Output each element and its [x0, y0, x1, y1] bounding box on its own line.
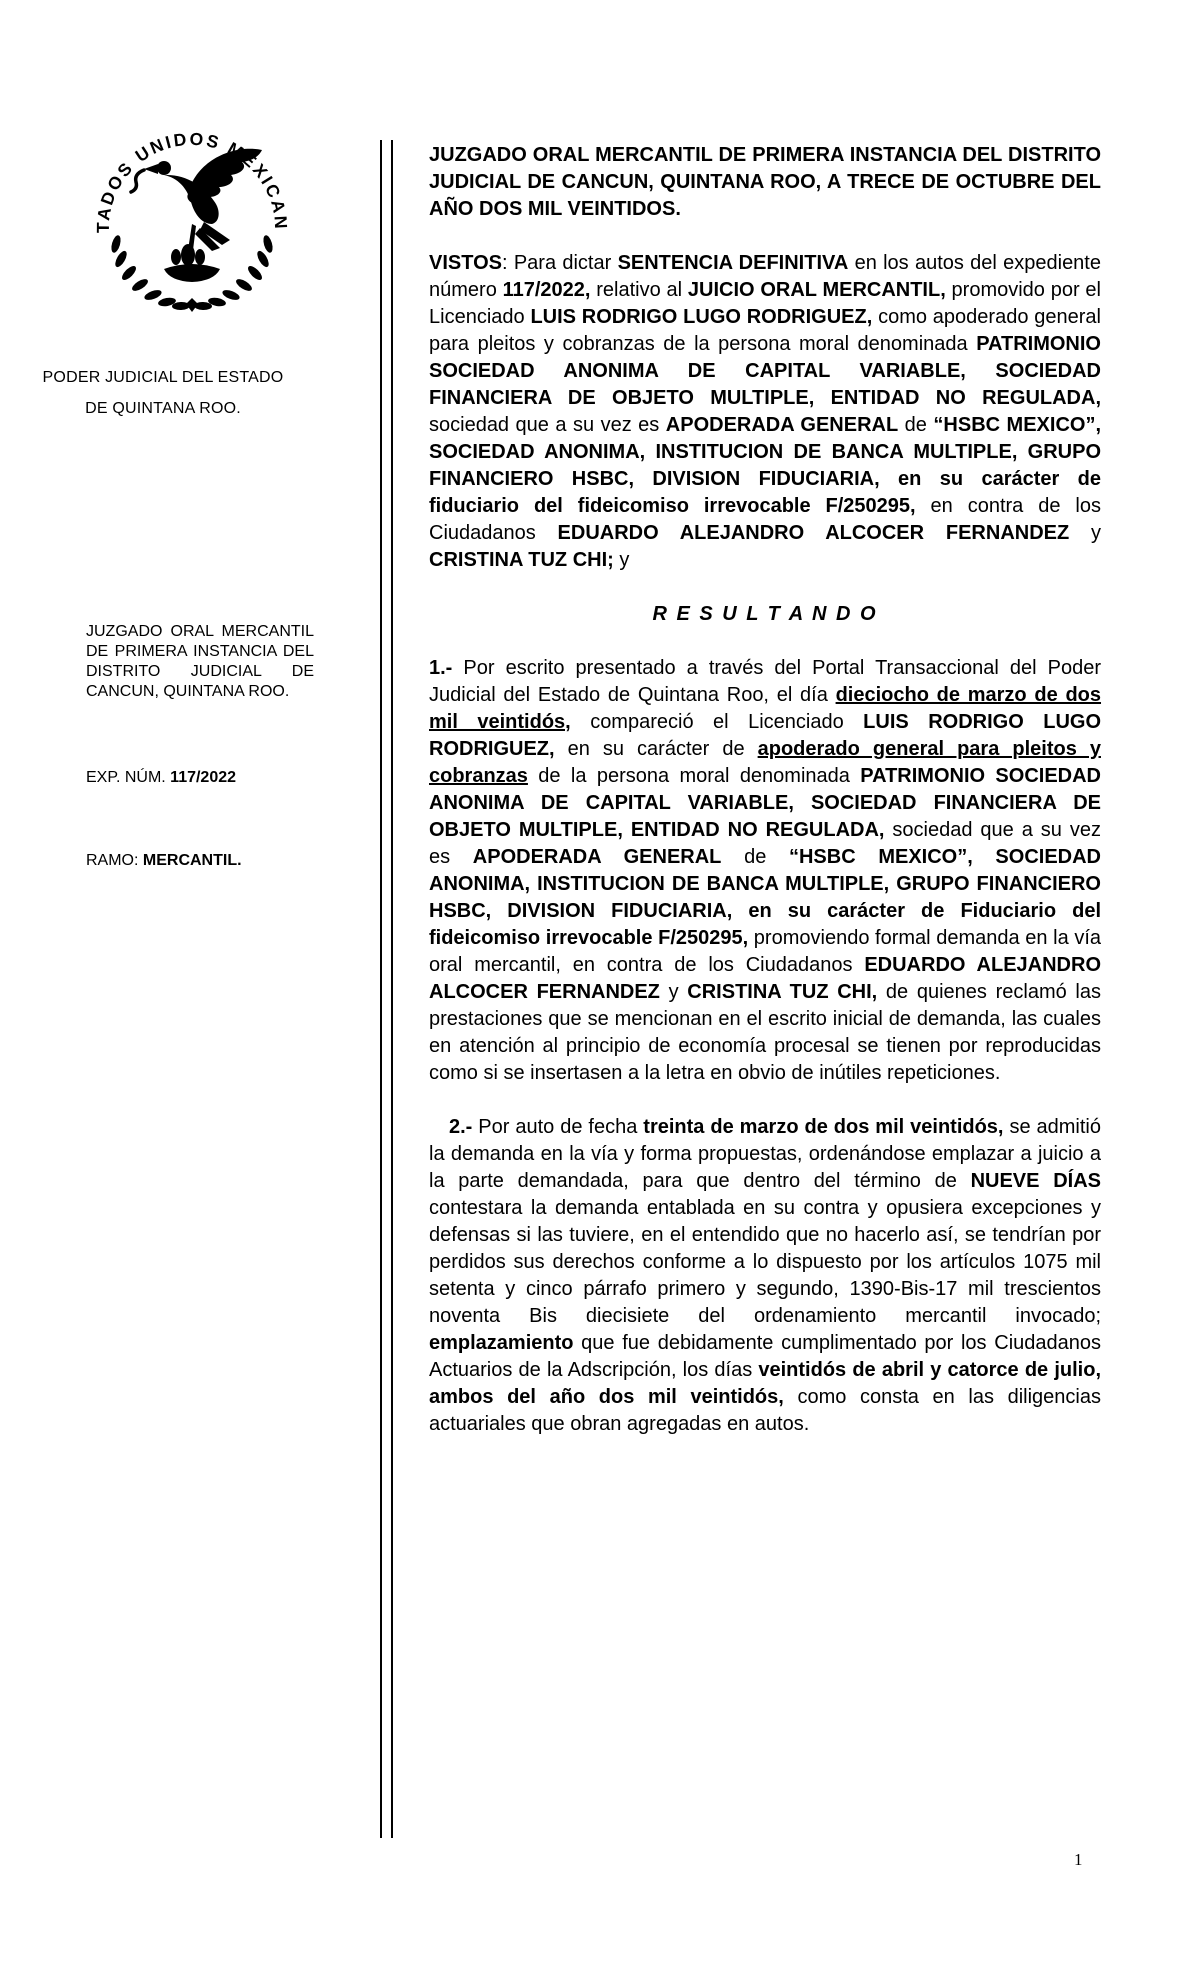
- institution-line2: DE QUINTANA ROO.: [33, 393, 293, 424]
- institution-label: PODER JUDICIAL DEL ESTADO DE QUINTANA RO…: [33, 362, 293, 424]
- vistos-paragraph: VISTOS: Para dictar SENTENCIA DEFINITIVA…: [429, 250, 1101, 574]
- svg-text:ESTADOS UNIDOS MEXICANOS: ESTADOS UNIDOS MEXICANOS: [92, 98, 291, 233]
- institution-line1: PODER JUDICIAL DEL ESTADO: [33, 362, 293, 393]
- resultando-paragraph-2: 2.- Por auto de fecha treinta de marzo d…: [429, 1114, 1101, 1438]
- resultando-heading: R E S U L T A N D O: [429, 601, 1101, 628]
- ramo-line: RAMO: MERCANTIL.: [86, 852, 242, 870]
- expedient-label: EXP. NÚM.: [86, 769, 170, 786]
- mexican-coat-of-arms: ESTADOS UNIDOS MEXICANOS: [92, 98, 292, 336]
- eagle-icon: [131, 149, 262, 282]
- document-page: ESTADOS UNIDOS MEXICANOS PODER JUDICIAL …: [0, 0, 1200, 1976]
- ramo-label: RAMO:: [86, 852, 143, 869]
- expedient-value: 117/2022: [170, 769, 236, 786]
- ramo-value: MERCANTIL.: [143, 852, 242, 869]
- expedient-number-line: EXP. NÚM. 117/2022: [86, 769, 236, 787]
- resultando-paragraph-1: 1.- Por escrito presentado a través del …: [429, 655, 1101, 1087]
- court-name-block: JUZGADO ORAL MERCANTIL DE PRIMERA INSTAN…: [86, 622, 314, 702]
- page-number: 1: [1074, 1850, 1083, 1870]
- margin-double-rule: [380, 140, 393, 1838]
- header-paragraph: JUZGADO ORAL MERCANTIL DE PRIMERA INSTAN…: [429, 142, 1101, 223]
- seal-arc-text: ESTADOS UNIDOS MEXICANOS: [92, 98, 291, 233]
- judgment-body: JUZGADO ORAL MERCANTIL DE PRIMERA INSTAN…: [429, 142, 1101, 1465]
